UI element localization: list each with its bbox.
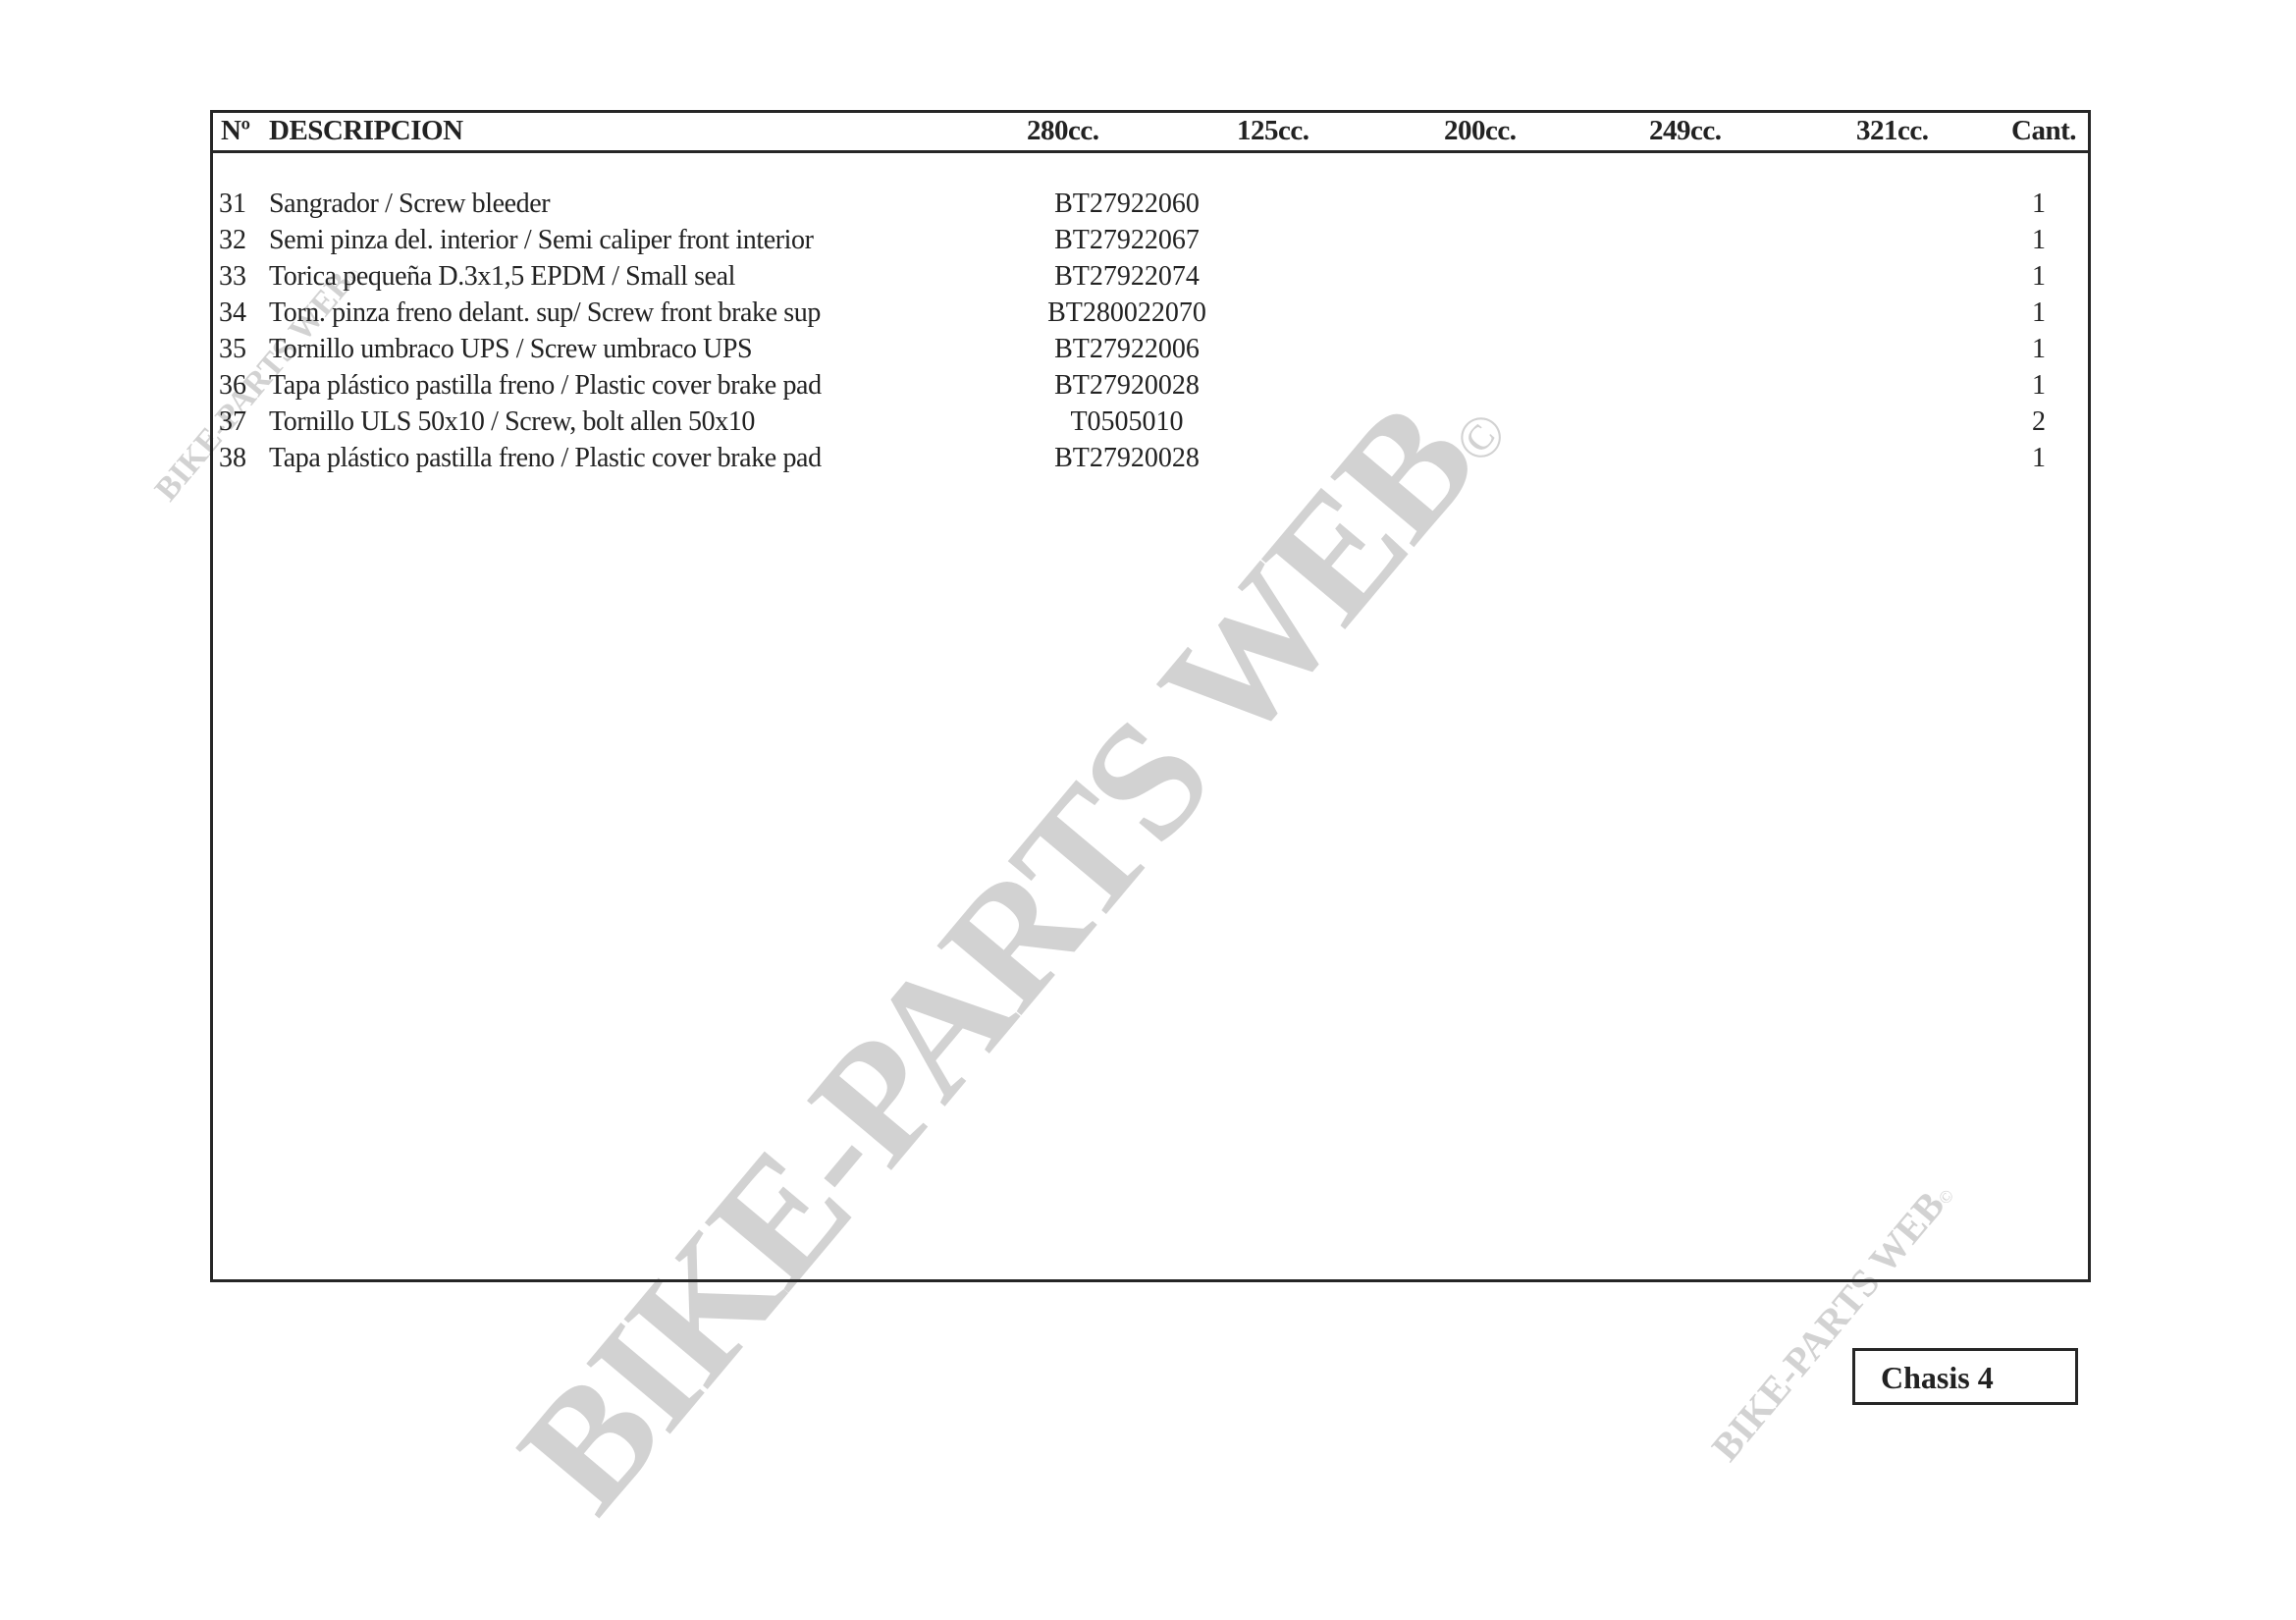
header-125cc: 125cc.	[1237, 115, 1309, 147]
part-number: 36	[219, 370, 246, 402]
table-row: 34 Torn. pinza freno delant. sup/ Screw …	[213, 297, 2088, 334]
part-code-280cc: T0505010	[975, 406, 1279, 438]
part-quantity: 1	[2019, 334, 2058, 365]
part-number: 32	[219, 225, 246, 256]
header-description: DESCRIPCION	[269, 115, 463, 147]
table-row: 38 Tapa plástico pastilla freno / Plasti…	[213, 443, 2088, 479]
part-quantity: 1	[2019, 297, 2058, 329]
part-quantity: 1	[2019, 225, 2058, 256]
part-quantity: 1	[2019, 261, 2058, 293]
part-description: Tornillo ULS 50x10 / Screw, bolt allen 5…	[269, 406, 755, 438]
section-label-box: Chasis 4	[1852, 1348, 2078, 1405]
part-number: 37	[219, 406, 246, 438]
header-200cc: 200cc.	[1444, 115, 1517, 147]
part-quantity: 1	[2019, 443, 2058, 474]
part-description: Torn. pinza freno delant. sup/ Screw fro…	[269, 297, 821, 329]
part-number: 33	[219, 261, 246, 293]
header-number: Nº	[221, 115, 250, 147]
part-number: 34	[219, 297, 246, 329]
table-row: 37 Tornillo ULS 50x10 / Screw, bolt alle…	[213, 406, 2088, 443]
table-row: 31 Sangrador / Screw bleeder BT27922060 …	[213, 189, 2088, 225]
part-quantity: 1	[2019, 189, 2058, 220]
part-number: 35	[219, 334, 246, 365]
header-321cc: 321cc.	[1856, 115, 1929, 147]
part-description: Tapa plástico pastilla freno / Plastic c…	[269, 443, 822, 474]
part-description: Tornillo umbraco UPS / Screw umbraco UPS	[269, 334, 752, 365]
table-row: 35 Tornillo umbraco UPS / Screw umbraco …	[213, 334, 2088, 370]
part-description: Semi pinza del. interior / Semi caliper …	[269, 225, 814, 256]
part-code-280cc: BT27922067	[975, 225, 1279, 256]
part-description: Tapa plástico pastilla freno / Plastic c…	[269, 370, 822, 402]
part-code-280cc: BT27922060	[975, 189, 1279, 220]
header-quantity: Cant.	[2011, 115, 2076, 147]
part-code-280cc: BT27922006	[975, 334, 1279, 365]
part-quantity: 1	[2019, 370, 2058, 402]
part-number: 31	[219, 189, 246, 220]
part-code-280cc: BT27920028	[975, 370, 1279, 402]
table-row: 32 Semi pinza del. interior / Semi calip…	[213, 225, 2088, 261]
header-249cc: 249cc.	[1649, 115, 1722, 147]
header-280cc: 280cc.	[1027, 115, 1099, 147]
part-code-280cc: BT27922074	[975, 261, 1279, 293]
part-description: Torica pequeña D.3x1,5 EPDM / Small seal	[269, 261, 735, 293]
part-description: Sangrador / Screw bleeder	[269, 189, 550, 220]
part-code-280cc: BT280022070	[975, 297, 1279, 329]
table-body: 31 Sangrador / Screw bleeder BT27922060 …	[213, 189, 2088, 479]
part-number: 38	[219, 443, 246, 474]
part-code-280cc: BT27920028	[975, 443, 1279, 474]
table-row: 33 Torica pequeña D.3x1,5 EPDM / Small s…	[213, 261, 2088, 297]
table-header: Nº DESCRIPCION 280cc. 125cc. 200cc. 249c…	[213, 113, 2088, 153]
section-label: Chasis 4	[1881, 1360, 1994, 1396]
parts-table: Nº DESCRIPCION 280cc. 125cc. 200cc. 249c…	[210, 110, 2091, 1282]
part-quantity: 2	[2019, 406, 2058, 438]
table-row: 36 Tapa plástico pastilla freno / Plasti…	[213, 370, 2088, 406]
